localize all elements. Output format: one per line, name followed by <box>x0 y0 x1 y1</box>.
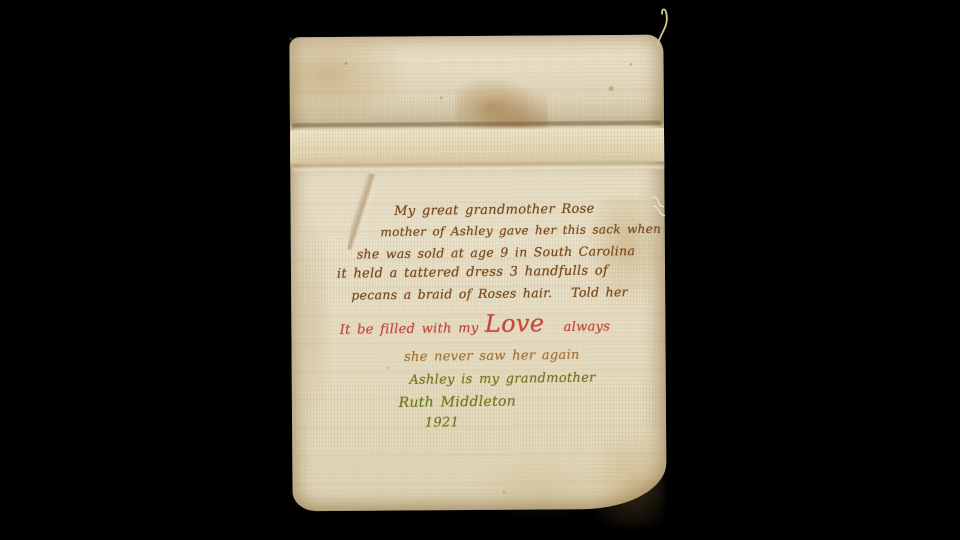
embroidery-segment: she never saw her again <box>404 348 580 365</box>
embroidery-line: Ashley is my grandmother <box>409 371 596 388</box>
embroidery-line: Ruth Middleton <box>398 394 516 411</box>
embroidery-segment: it held a tattered dress 3 handfulls of <box>337 263 608 281</box>
photo-background: My great grandmother Rosemother of Ashle… <box>0 0 960 540</box>
embroidery-segment: she was sold at age 9 in South Carolina <box>357 243 636 261</box>
embroidery-line: mother of Ashley gave her this sack when <box>380 222 661 239</box>
embroidery-segment: Love <box>485 309 545 338</box>
embroidery-line: she never saw her again <box>404 348 580 365</box>
embroidery-line: it held a tattered dress 3 handfulls of <box>337 263 608 281</box>
embroidery-segment: Ashley is my grandmother <box>409 371 596 388</box>
embroidery-segment: 1921 <box>425 415 459 430</box>
embroidered-sack: My great grandmother Rosemother of Ashle… <box>289 35 666 512</box>
embroidery-segment: mother of Ashley gave her this sack when <box>380 222 661 239</box>
embroidery-line: she was sold at age 9 in South Carolina <box>357 243 636 261</box>
embroidery-segment: Ruth Middleton <box>398 394 516 411</box>
embroidered-text: My great grandmother Rosemother of Ashle… <box>288 34 668 513</box>
embroidery-line: My great grandmother Rose <box>394 202 595 219</box>
embroidery-line: It be filled with my Love always <box>339 308 610 339</box>
embroidery-segment: My great grandmother Rose <box>394 202 595 219</box>
embroidery-line: pecans a braid of Roses hair. Told her <box>351 284 628 302</box>
embroidery-segment: always <box>544 319 610 335</box>
embroidery-segment: pecans a braid of Roses hair. Told her <box>351 284 628 302</box>
embroidery-line: 1921 <box>425 415 459 430</box>
embroidery-segment: It be filled with my <box>340 321 485 338</box>
